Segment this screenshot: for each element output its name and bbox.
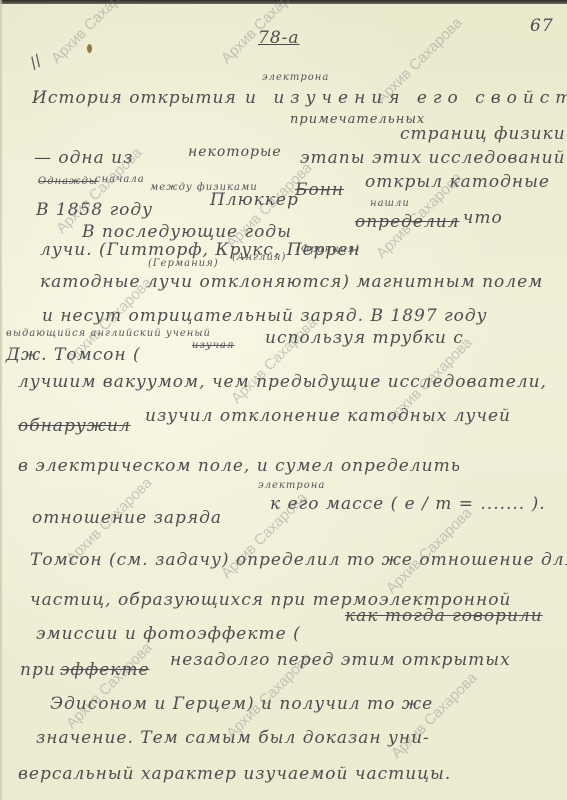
text-line: значение. Тем самым был доказан уни- bbox=[36, 728, 430, 748]
watermark: Архив Сахарова bbox=[388, 669, 481, 762]
text-line: В 1858 году bbox=[36, 200, 153, 220]
text-line: изучил отклонение катодных лучей bbox=[145, 406, 511, 426]
watermark: Архив Сахарова bbox=[48, 0, 141, 67]
country-note: (Англия) bbox=[232, 252, 286, 263]
watermark: Архив Сахарова bbox=[63, 639, 156, 732]
struck-word: изучая bbox=[192, 340, 235, 351]
insert-electron: электрона bbox=[258, 480, 325, 491]
text-line: в электрическом поле, и сумел определить bbox=[18, 456, 461, 476]
text-line: История открытия bbox=[32, 88, 237, 108]
text-line: Плюккер bbox=[210, 190, 299, 210]
ink-stain bbox=[87, 44, 92, 53]
country-note: (Германия) bbox=[148, 258, 219, 269]
text-line: сначала bbox=[95, 174, 145, 185]
text-line: используя трубки с bbox=[265, 328, 464, 348]
struck-word: эффекте bbox=[60, 660, 150, 680]
text-line: страниц физики bbox=[400, 124, 566, 144]
text-line: к его массе ( e / m = ....... ). bbox=[270, 494, 546, 514]
struck-word: определил bbox=[355, 212, 460, 232]
text-line: Томсон (см. задачу) определил то же отно… bbox=[30, 550, 567, 570]
text-line: отношение заряда bbox=[32, 508, 222, 528]
page-label: 78-а bbox=[258, 28, 300, 48]
text-line: , что bbox=[450, 208, 503, 228]
struck-word: Бонн bbox=[295, 180, 344, 200]
text-line: этапы этих исследований bbox=[300, 148, 566, 168]
insert-electron: электрона bbox=[262, 72, 329, 83]
text-line: незадолго перед этим открытых bbox=[170, 650, 511, 670]
text-line: В последующие годы bbox=[82, 222, 292, 242]
country-note: (Франция) bbox=[296, 244, 360, 255]
struck-word: как тогда говорили bbox=[345, 606, 543, 626]
text-line: и изучения его свойств- bbox=[245, 88, 567, 108]
page-number: 67 bbox=[530, 16, 554, 36]
text-line: при bbox=[20, 660, 56, 680]
text-line: — одна из bbox=[34, 148, 133, 168]
text-line: Дж. Томсон ( bbox=[6, 345, 141, 365]
insert-found: нашли bbox=[370, 198, 410, 209]
scan-left-edge bbox=[0, 0, 3, 800]
text-line: открыл катодные bbox=[365, 172, 550, 192]
manuscript-page: // Архив Сахарова Архив Сахарова Архив С… bbox=[0, 0, 567, 800]
text-line: эмиссии и фотоэффекте ( bbox=[36, 624, 301, 644]
text-line: и несут отрицательный заряд. В 1897 году bbox=[42, 306, 488, 326]
text-line: лучшим вакуумом, чем предыдущие исследов… bbox=[18, 372, 547, 392]
text-line: версальный характер изучаемой частицы. bbox=[18, 764, 451, 784]
text-line: катодные лучи отклоняются) магнитным пол… bbox=[40, 272, 543, 292]
struck-word: обнаружил bbox=[18, 416, 131, 436]
text-line: выдающийся английский ученый bbox=[6, 328, 211, 339]
struck-word: Однажды bbox=[38, 176, 98, 187]
text-line: Эдисоном и Герцем) и получил то же bbox=[50, 694, 433, 714]
insert-some: некоторые bbox=[188, 144, 282, 160]
margin-mark: // bbox=[26, 51, 45, 73]
